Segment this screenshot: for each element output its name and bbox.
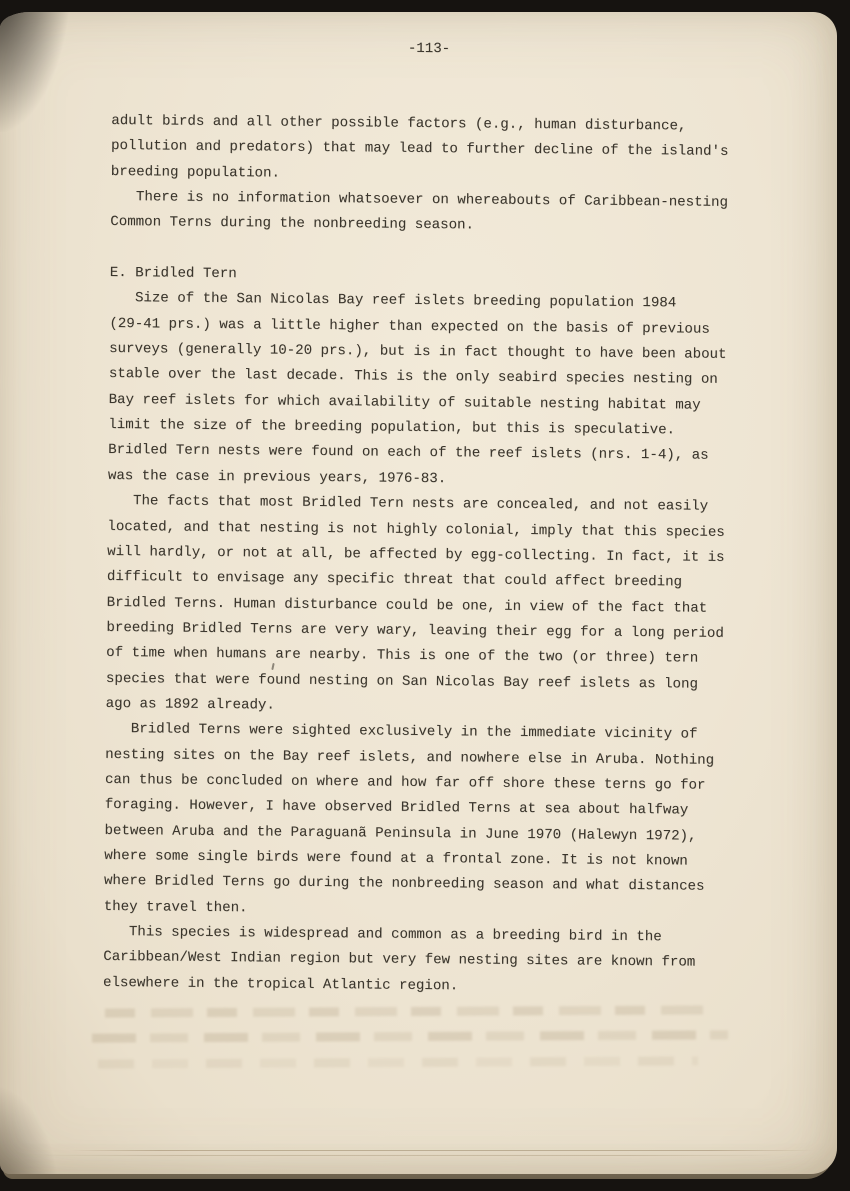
ghost-text-line: [92, 1030, 728, 1042]
paragraph: This species is widespread and common as…: [103, 920, 738, 1002]
book-page: -113- adult birds and all other possible…: [0, 12, 837, 1174]
paragraph: adult birds and all other possible facto…: [111, 109, 746, 191]
book-binding-fold: [0, 12, 64, 1174]
section-e-bridled-tern: E. Bridled Tern Size of the San Nicolas …: [103, 261, 744, 1002]
page-body: adult birds and all other possible facto…: [103, 109, 745, 1002]
typewritten-content: -113- adult birds and all other possible…: [103, 37, 746, 1002]
page-number: -113-: [112, 37, 746, 61]
scanned-book-photo: -113- adult birds and all other possible…: [0, 0, 850, 1191]
binding-top-shadow: [0, 12, 70, 132]
paragraph: There is no information whatsoever on wh…: [110, 185, 744, 242]
intro-continuation: adult birds and all other possible facto…: [110, 109, 745, 242]
ghost-text-line: [98, 1056, 698, 1068]
paragraph: The facts that most Bridled Tern nests a…: [106, 489, 742, 723]
paragraph: Size of the San Nicolas Bay reef islets …: [108, 286, 744, 495]
paragraph: Bridled Terns were sighted exclusively i…: [104, 717, 740, 926]
page-edge-line: [70, 1150, 815, 1151]
page-edge-line: [40, 1155, 777, 1156]
ghost-text-line: [105, 1005, 717, 1017]
binding-bottom-shadow: [0, 1084, 60, 1174]
